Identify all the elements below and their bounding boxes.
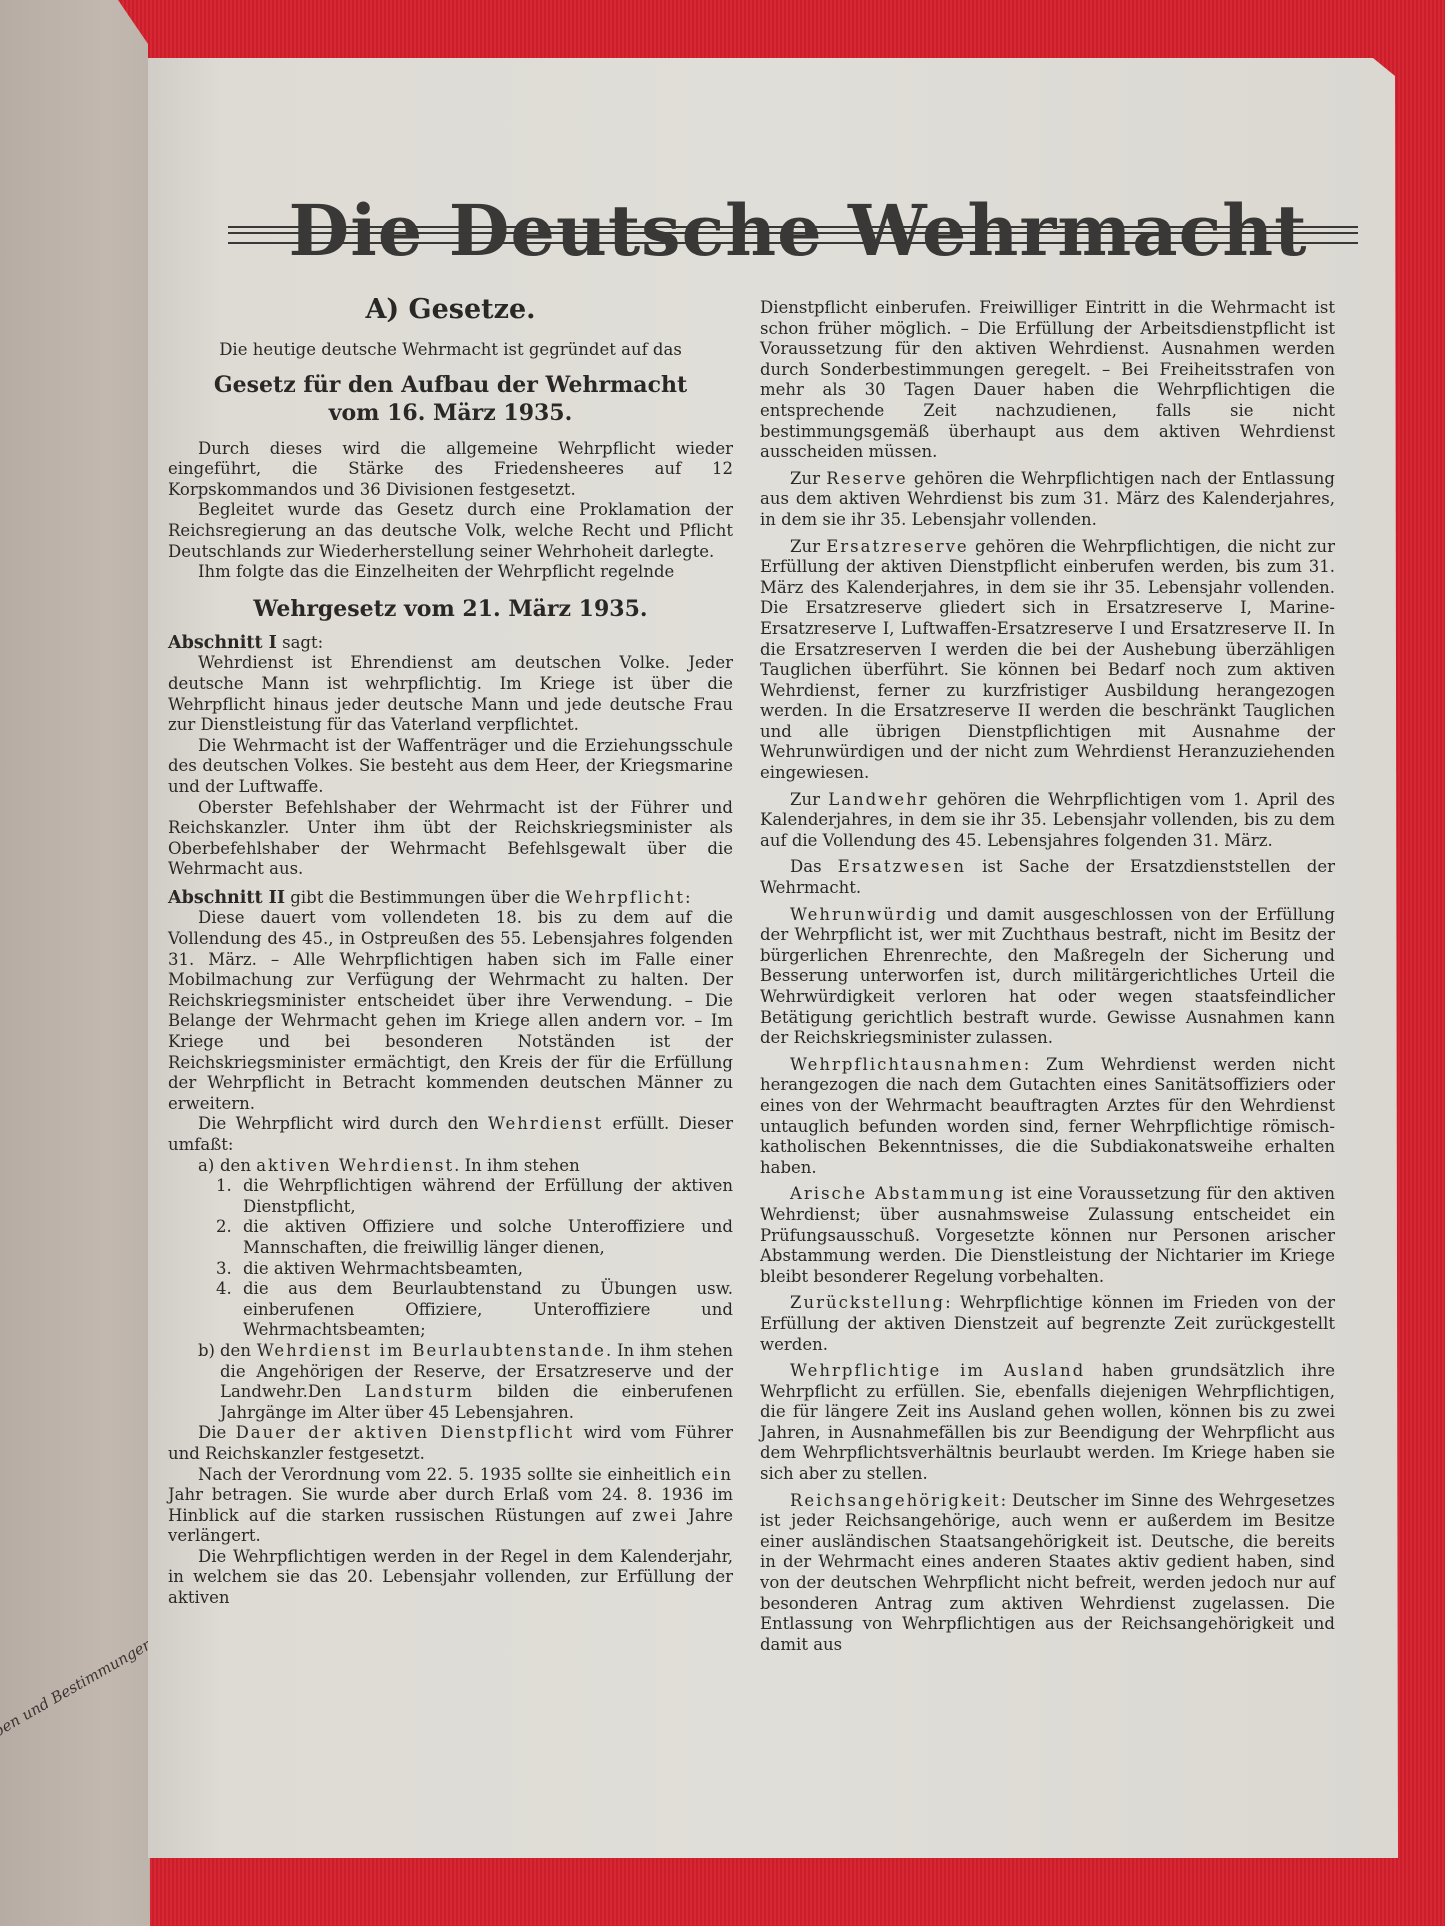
paragraph: Arische Abstammung ist eine Voraussetzun… [760, 1184, 1335, 1287]
paragraph: Die Dauer der aktiven Dienstpflicht wird… [168, 1423, 733, 1464]
right-column: Dienstpflicht einberufen. Freiwilliger E… [760, 298, 1335, 1655]
paragraph: Reichsangehörigkeit: Deutscher im Sinne … [760, 1491, 1335, 1656]
facing-page-text: ben und Bestimmungen, [0, 1655, 120, 1741]
law-title: Gesetz für den Aufbau der Wehrmacht vom … [168, 371, 733, 427]
paragraph: Oberster Befehlshaber der Wehrmacht ist … [168, 798, 733, 880]
paragraph: Wehrdienst ist Ehrendienst am deutschen … [168, 653, 733, 735]
paragraph: Begleitet wurde das Gesetz durch eine Pr… [168, 500, 733, 562]
list-subitem: 4.die aus dem Beurlaubtenstand zu Übunge… [168, 1279, 733, 1341]
facing-page-left: ben und Bestimmungen, [0, 0, 150, 1926]
list-subitem: 2.die aktiven Offiziere und solche Unter… [168, 1217, 733, 1258]
paragraph: Das Ersatzwesen ist Sache der Ersatzdien… [760, 857, 1335, 898]
paragraph: Dienstpflicht einberufen. Freiwilliger E… [760, 298, 1335, 463]
paragraph: Die Wehrpflicht wird durch den Wehrdiens… [168, 1114, 733, 1155]
paragraph: Zur Ersatzreserve gehören die Wehrpflich… [760, 537, 1335, 784]
paragraph: Wehrpflichtausnahmen: Zum Wehrdienst wer… [760, 1055, 1335, 1179]
paragraph: Die Wehrmacht ist der Waffenträger und d… [168, 736, 733, 798]
left-column: A) Gesetze. Die heutige deutsche Wehrmac… [168, 294, 733, 1609]
subsection-heading: Abschnitt II gibt die Bestimmungen über … [168, 888, 733, 909]
paragraph: Durch dieses wird die allgemeine Wehrpfl… [168, 439, 733, 501]
subsection-heading: Abschnitt I sagt: [168, 633, 733, 654]
page-title-banner: Die Deutsche Wehrmacht [208, 168, 1388, 288]
law-title-name: Gesetz für den Aufbau der Wehrmacht [168, 371, 733, 399]
paragraph: Ihm folgte das die Einzelheiten der Wehr… [168, 562, 733, 583]
subsection-label: Abschnitt II [168, 888, 285, 908]
paragraph: Zur Reserve gehören die Wehrpflichtigen … [760, 469, 1335, 531]
paragraph: Diese dauert vom vollendeten 18. bis zu … [168, 908, 733, 1114]
page-title: Die Deutsche Wehrmacht [208, 186, 1388, 276]
section-heading: A) Gesetze. [168, 294, 733, 326]
subsection-label: Abschnitt I [168, 633, 277, 653]
law-title-wehrgesetz: Wehrgesetz vom 21. März 1935. [168, 595, 733, 623]
list-item-a: a)den aktiven Wehrdienst. In ihm stehen [168, 1156, 733, 1177]
paragraph: Wehrunwürdig und damit ausgeschlossen vo… [760, 905, 1335, 1049]
list-subitem: 3.die aktiven Wehrmachtsbeamten, [168, 1259, 733, 1280]
list-item-b: b)den Wehrdienst im Beurlaubtenstande. I… [168, 1341, 733, 1423]
paragraph: Zur Landwehr gehören die Wehrpflichtigen… [760, 790, 1335, 852]
paragraph: Zurückstellung: Wehrpflichtige können im… [760, 1293, 1335, 1355]
law-title-date: vom 16. März 1935. [168, 399, 733, 427]
paragraph: Nach der Verordnung vom 22. 5. 1935 soll… [168, 1465, 733, 1547]
document-page: Die Deutsche Wehrmacht A) Gesetze. Die h… [148, 58, 1398, 1858]
paragraph: Die Wehrpflichtigen werden in der Regel … [168, 1547, 733, 1609]
paragraph: Wehrpflichtige im Ausland haben grundsät… [760, 1361, 1335, 1485]
intro-text: Die heutige deutsche Wehrmacht ist gegrü… [168, 340, 733, 361]
list-subitem: 1.die Wehrpflichtigen während der Erfüll… [168, 1176, 733, 1217]
